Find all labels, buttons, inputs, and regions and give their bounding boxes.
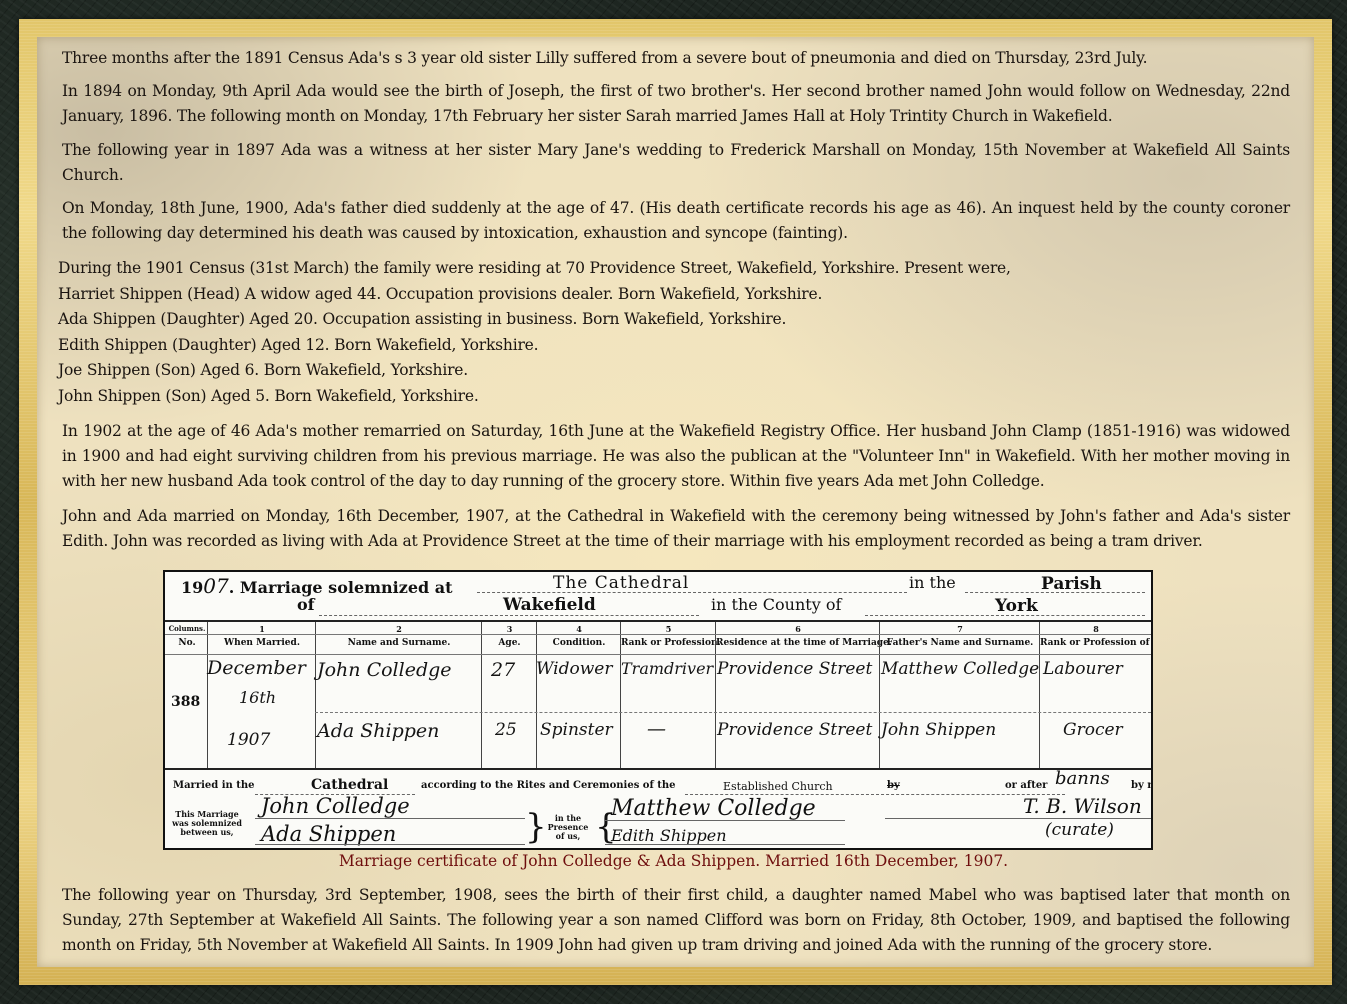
certificate-parish: Parish [1041,574,1102,594]
groom-condition: Widower [536,659,612,679]
witness-signature: Matthew Colledge [611,796,816,821]
column-number: 5 [621,624,716,634]
witness-signature: Edith Shippen [611,826,727,845]
certificate-town: Wakefield [503,595,596,615]
column-number: 4 [537,624,621,634]
certificate-caption: Marriage certificate of John Colledge & … [0,852,1347,870]
bride-residence: Providence Street [717,720,872,740]
by-me-label: by m [1131,780,1153,791]
marriage-certificate-image: 1907. Marriage solemnized at The Cathedr… [163,570,1153,850]
when-married-year: 1907 [227,730,270,750]
married-in-value: Cathedral [311,777,388,793]
entry-number: 388 [171,694,200,710]
or-after-label: or after [1005,780,1047,791]
census-1901-section: During the 1901 Census (31st March) the … [58,256,1286,410]
certificate-place: The Cathedral [553,573,689,593]
certificate-county: York [995,596,1038,616]
solemnized-between-label: This Marriage was solemnized between us, [171,810,243,837]
census-member: Edith Shippen (Daughter) Aged 12. Born W… [58,333,1286,359]
bride-father-name: John Shippen [881,720,996,740]
column-header: When Married. [208,638,316,648]
of-label: of [297,595,315,614]
bride-condition: Spinster [540,720,613,740]
by-label: by [887,780,900,791]
bride-father-profession: Grocer [1063,720,1123,740]
groom-profession: Tramdriver [621,659,713,678]
bride-profession: — [647,718,666,740]
paragraph-lilly-death: Three months after the 1891 Census Ada's… [62,46,1290,71]
column-header: Father's Name and Surname. [880,638,1040,648]
bride-signature: Ada Shippen [261,822,396,846]
officiant-role: (curate) [1045,820,1114,840]
paragraph-john-ada-married: John and Ada married on Monday, 16th Dec… [62,504,1290,554]
or-after-value: banns [1055,768,1110,789]
census-intro: During the 1901 Census (31st March) the … [58,256,1286,282]
column-number: 1 [208,624,316,634]
column-number: 2 [316,624,482,634]
certificate-register-table: Columns. No. 1 When Married. 2 Name and … [165,620,1151,768]
columns-label: Columns. [167,624,207,633]
certificate-year-prefix: 19 [181,578,203,597]
certificate-header: 1907. Marriage solemnized at [181,574,453,598]
solemnized-label: . Marriage solemnized at [229,578,453,597]
column-number: 7 [880,624,1040,634]
paragraph-children-births: The following year on Thursday, 3rd Sept… [62,883,1290,958]
column-header: No. [167,638,207,648]
groom-father-profession: Labourer [1043,659,1123,679]
census-member: Ada Shippen (Daughter) Aged 20. Occupati… [58,307,1286,333]
when-married-day: 16th [239,688,276,707]
census-member: Harriet Shippen (Head) A widow aged 44. … [58,282,1286,308]
column-header: Rank or Profession of Fa [1040,638,1152,648]
column-header: Residence at the time of Marriage. [716,638,880,648]
groom-residence: Providence Street [717,659,872,679]
bride-age: 25 [495,720,517,740]
column-number: 6 [716,624,880,634]
column-number: 3 [482,624,537,634]
groom-name: John Colledge [317,659,452,681]
groom-father-name: Matthew Colledge [881,659,1039,679]
column-header: Rank or Profession. [621,638,716,648]
presence-label: in the Presence of us, [543,814,593,841]
rites-label: according to the Rites and Ceremonies of… [421,780,676,791]
married-in-label: Married in the [173,780,255,791]
paragraph-mary-jane-wedding: The following year in 1897 Ada was a wit… [62,138,1290,188]
certificate-year-handwritten: 07 [203,574,228,598]
officiant-signature: T. B. Wilson [1023,794,1142,818]
column-number: 8 [1040,624,1152,634]
column-header: Condition. [537,638,621,648]
when-married-month: December [207,657,306,679]
in-the-label: in the [909,573,956,592]
paragraph-father-death: On Monday, 18th June, 1900, Ada's father… [62,196,1290,246]
column-header: Age. [482,638,537,648]
bride-name: Ada Shippen [317,720,439,742]
paragraph-brothers-births: In 1894 on Monday, 9th April Ada would s… [62,79,1290,129]
county-label: in the County of [711,595,841,614]
census-member: John Shippen (Son) Aged 5. Born Wakefiel… [58,384,1286,410]
census-member: Joe Shippen (Son) Aged 6. Born Wakefield… [58,358,1286,384]
paragraph-mother-remarried: In 1902 at the age of 46 Ada's mother re… [62,419,1290,494]
groom-age: 27 [491,659,515,681]
column-header: Name and Surname. [316,638,482,648]
rites-value: Established Church [723,780,833,793]
groom-signature: John Colledge [261,794,410,818]
